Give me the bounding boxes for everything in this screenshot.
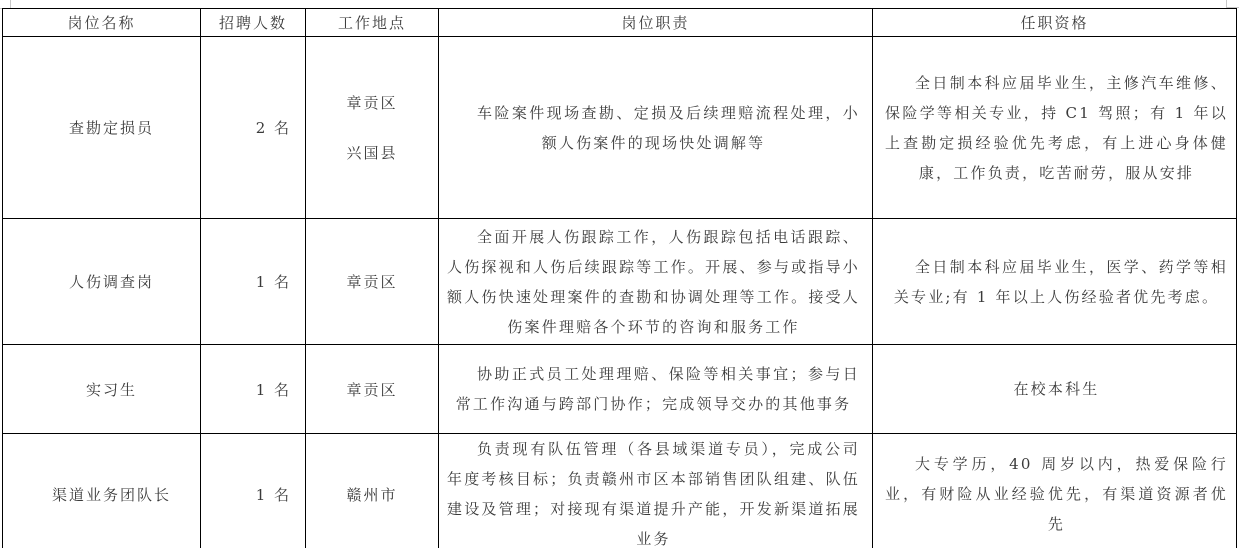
position-name: 渠道业务团队长 xyxy=(3,434,201,548)
job-qualifications-text: 全日制本科应届毕业生，医学、药学等相关专业;有 1 年以上人伤经验者优先考虑。 xyxy=(873,252,1236,312)
job-duties-text: 车险案件现场查勘、定损及后续理赔流程处理，小额人伤案件的现场快处调解等 xyxy=(439,98,872,158)
header-position: 岗位名称 xyxy=(3,9,201,37)
hiring-count: 2 名 xyxy=(201,37,306,219)
job-qualifications: 大专学历，40 周岁以内，热爱保险行业，有财险从业经验优先，有渠道资源者优先 xyxy=(873,434,1237,548)
job-duties: 全面开展人伤跟踪工作，人伤跟踪包括电话跟踪、人伤探视和人伤后续跟踪等工作。开展、… xyxy=(439,219,873,345)
job-openings-table: 岗位名称 招聘人数 工作地点 岗位职责 任职资格 查勘定损员 2 名 章贡区 兴… xyxy=(2,8,1237,548)
location-item: 章贡区 xyxy=(306,78,438,128)
job-duties: 协助正式员工处理理赔、保险等相关事宜；参与日常工作沟通与跨部门协作；完成领导交办… xyxy=(439,345,873,434)
job-duties: 车险案件现场查勘、定损及后续理赔流程处理，小额人伤案件的现场快处调解等 xyxy=(439,37,873,219)
table-row: 查勘定损员 2 名 章贡区 兴国县 车险案件现场查勘、定损及后续理赔流程处理，小… xyxy=(3,37,1237,219)
page-corner-mark-top-right xyxy=(1226,0,1239,8)
header-qualifications: 任职资格 xyxy=(873,9,1237,37)
job-qualifications-text: 大专学历，40 周岁以内，热爱保险行业，有财险从业经验优先，有渠道资源者优先 xyxy=(873,449,1236,539)
table-row: 渠道业务团队长 1 名 赣州市 负责现有队伍管理（各县域渠道专员），完成公司年度… xyxy=(3,434,1237,548)
work-location: 章贡区 xyxy=(306,219,439,345)
header-count: 招聘人数 xyxy=(201,9,306,37)
position-name: 实习生 xyxy=(3,345,201,434)
job-qualifications: 在校本科生 xyxy=(873,345,1237,434)
job-duties: 负责现有队伍管理（各县域渠道专员），完成公司年度考核目标；负责赣州市区本部销售团… xyxy=(439,434,873,548)
work-location: 赣州市 xyxy=(306,434,439,548)
header-duties: 岗位职责 xyxy=(439,9,873,37)
hiring-count: 1 名 xyxy=(201,434,306,548)
work-location: 章贡区 兴国县 xyxy=(306,37,439,219)
job-qualifications-text: 在校本科生 xyxy=(873,374,1236,404)
job-qualifications: 全日制本科应届毕业生，医学、药学等相关专业;有 1 年以上人伤经验者优先考虑。 xyxy=(873,219,1237,345)
hiring-count: 1 名 xyxy=(201,219,306,345)
table-row: 人伤调查岗 1 名 章贡区 全面开展人伤跟踪工作，人伤跟踪包括电话跟踪、人伤探视… xyxy=(3,219,1237,345)
table-header-row: 岗位名称 招聘人数 工作地点 岗位职责 任职资格 xyxy=(3,9,1237,37)
work-location: 章贡区 xyxy=(306,345,439,434)
hiring-count: 1 名 xyxy=(201,345,306,434)
table-row: 实习生 1 名 章贡区 协助正式员工处理理赔、保险等相关事宜；参与日常工作沟通与… xyxy=(3,345,1237,434)
position-name: 查勘定损员 xyxy=(3,37,201,219)
location-item: 兴国县 xyxy=(306,128,438,178)
job-duties-text: 协助正式员工处理理赔、保险等相关事宜；参与日常工作沟通与跨部门协作；完成领导交办… xyxy=(439,359,872,419)
position-name: 人伤调查岗 xyxy=(3,219,201,345)
header-location: 工作地点 xyxy=(306,9,439,37)
job-qualifications: 全日制本科应届毕业生，主修汽车维修、保险学等相关专业，持 C1 驾照；有 1 年… xyxy=(873,37,1237,219)
job-duties-text: 负责现有队伍管理（各县域渠道专员），完成公司年度考核目标；负责赣州市区本部销售团… xyxy=(439,434,872,548)
job-duties-text: 全面开展人伤跟踪工作，人伤跟踪包括电话跟踪、人伤探视和人伤后续跟踪等工作。开展、… xyxy=(439,222,872,342)
job-qualifications-text: 全日制本科应届毕业生，主修汽车维修、保险学等相关专业，持 C1 驾照；有 1 年… xyxy=(873,68,1236,188)
